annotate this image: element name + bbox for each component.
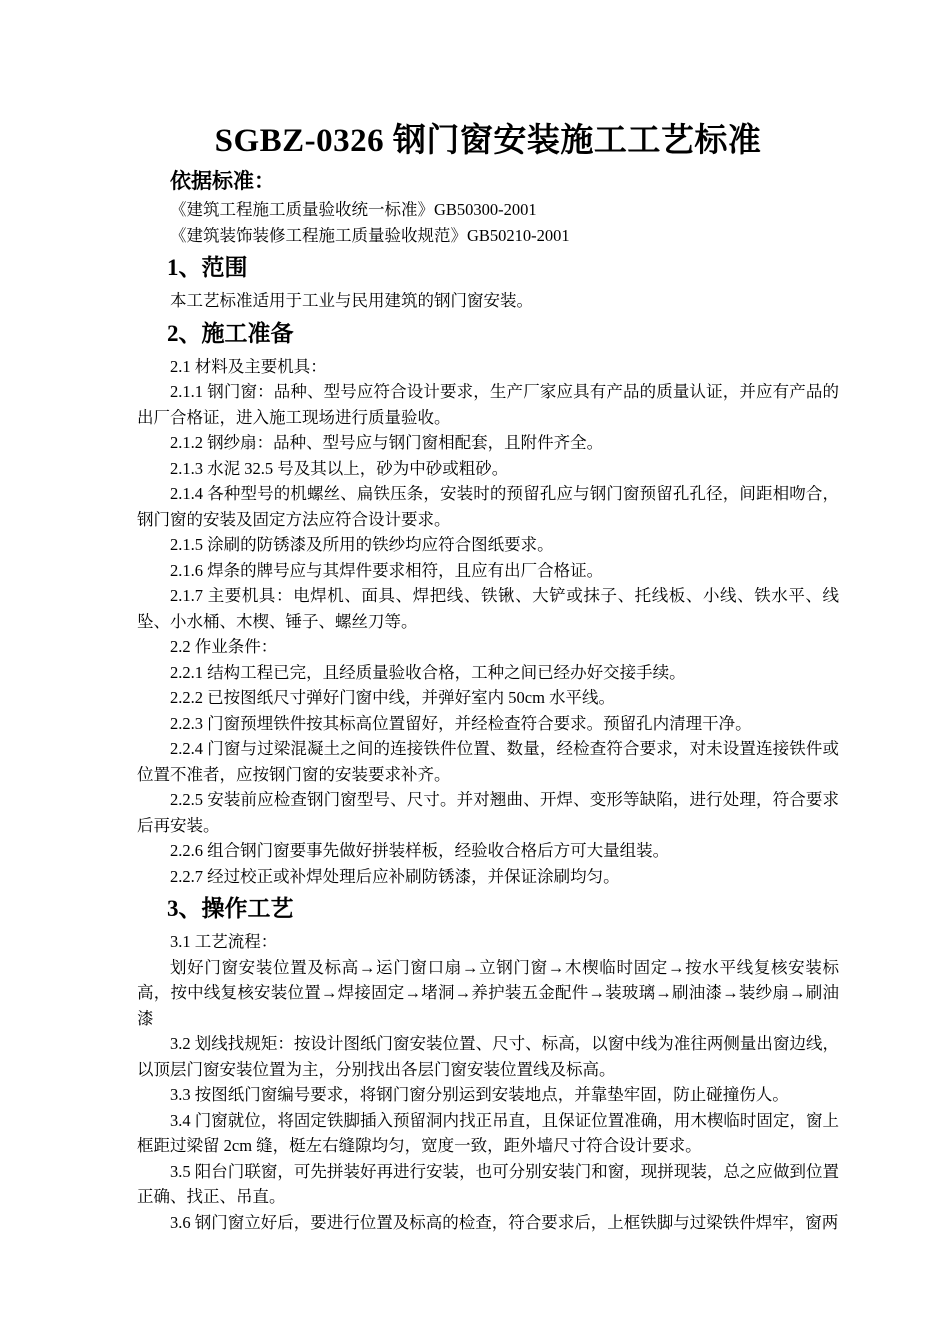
paragraph: 2.2 作业条件： <box>137 634 839 660</box>
paragraph: 3.5 阳台门联窗，可先拼装好再进行安装，也可分别安装门和窗，现拼现装，总之应做… <box>137 1159 839 1210</box>
section-heading: 1、范围 <box>137 250 839 286</box>
basis-standard-label: 依据标准： <box>137 166 839 197</box>
paragraph: 2.1.6 焊条的牌号应与其焊件要求相符，且应有出厂合格证。 <box>137 558 839 584</box>
paragraph: 2.1.2 钢纱扇：品种、型号应与钢门窗相配套，且附件齐全。 <box>137 430 839 456</box>
document-page: SGBZ-0326 钢门窗安装施工工艺标准依据标准：《建筑工程施工质量验收统一标… <box>0 0 950 1344</box>
paragraph: 2.2.4 门窗与过梁混凝土之间的连接铁件位置、数量，经检查符合要求，对未设置连… <box>137 736 839 787</box>
paragraph: 2.2.5 安装前应检查钢门窗型号、尺寸。并对翘曲、开焊、变形等缺陷，进行处理，… <box>137 787 839 838</box>
paragraph: 3.6 钢门窗立好后，要进行位置及标高的检查，符合要求后，上框铁脚与过梁铁件焊牢… <box>137 1210 839 1236</box>
paragraph: 2.1.4 各种型号的机螺丝、扁铁压条，安装时的预留孔应与钢门窗预留孔孔径，间距… <box>137 481 839 532</box>
paragraph: 3.2 划线找规矩：按设计图纸门窗安装位置、尺寸、标高，以窗中线为准往两侧量出窗… <box>137 1031 839 1082</box>
paragraph: 划好门窗安装位置及标高→运门窗口扇→立钢门窗→木楔临时固定→按水平线复核安装标高… <box>137 955 839 1032</box>
paragraph: 3.1 工艺流程： <box>137 929 839 955</box>
paragraph: 2.1.5 涂刷的防锈漆及所用的铁纱均应符合图纸要求。 <box>137 532 839 558</box>
paragraph: 2.2.6 组合钢门窗要事先做好拼装样板，经验收合格后方可大量组装。 <box>137 838 839 864</box>
paragraph: 3.4 门窗就位，将固定铁脚插入预留洞内找正吊直，且保证位置准确，用木楔临时固定… <box>137 1108 839 1159</box>
paragraph: 2.1 材料及主要机具： <box>137 354 839 380</box>
paragraph: 2.2.3 门窗预埋铁件按其标高位置留好，并经检查符合要求。预留孔内清理干净。 <box>137 711 839 737</box>
section-heading: 2、施工准备 <box>137 316 839 352</box>
paragraph: 2.1.7 主要机具：电焊机、面具、焊把线、铁锹、大铲或抹子、托线板、小线、铁水… <box>137 583 839 634</box>
paragraph: 3.3 按图纸门窗编号要求，将钢门窗分别运到安装地点，并靠垫牢固，防止碰撞伤人。 <box>137 1082 839 1108</box>
paragraph: 2.2.7 经过校正或补焊处理后应补刷防锈漆，并保证涂刷均匀。 <box>137 864 839 890</box>
paragraph: 2.1.3 水泥 32.5 号及其以上，砂为中砂或粗砂。 <box>137 456 839 482</box>
reference-standard-line: 《建筑工程施工质量验收统一标准》GB50300-2001 <box>137 197 839 223</box>
paragraph: 本工艺标准适用于工业与民用建筑的钢门窗安装。 <box>137 288 839 314</box>
paragraph: 2.1.1 钢门窗：品种、型号应符合设计要求，生产厂家应具有产品的质量认证，并应… <box>137 379 839 430</box>
reference-standard-line: 《建筑装饰装修工程施工质量验收规范》GB50210-2001 <box>137 223 839 249</box>
document-content: SGBZ-0326 钢门窗安装施工工艺标准依据标准：《建筑工程施工质量验收统一标… <box>137 118 839 1235</box>
paragraph: 2.2.2 已按图纸尺寸弹好门窗中线，并弹好室内 50cm 水平线。 <box>137 685 839 711</box>
section-heading: 3、操作工艺 <box>137 891 839 927</box>
paragraph: 2.2.1 结构工程已完，且经质量验收合格，工种之间已经办好交接手续。 <box>137 660 839 686</box>
document-title: SGBZ-0326 钢门窗安装施工工艺标准 <box>137 118 839 164</box>
